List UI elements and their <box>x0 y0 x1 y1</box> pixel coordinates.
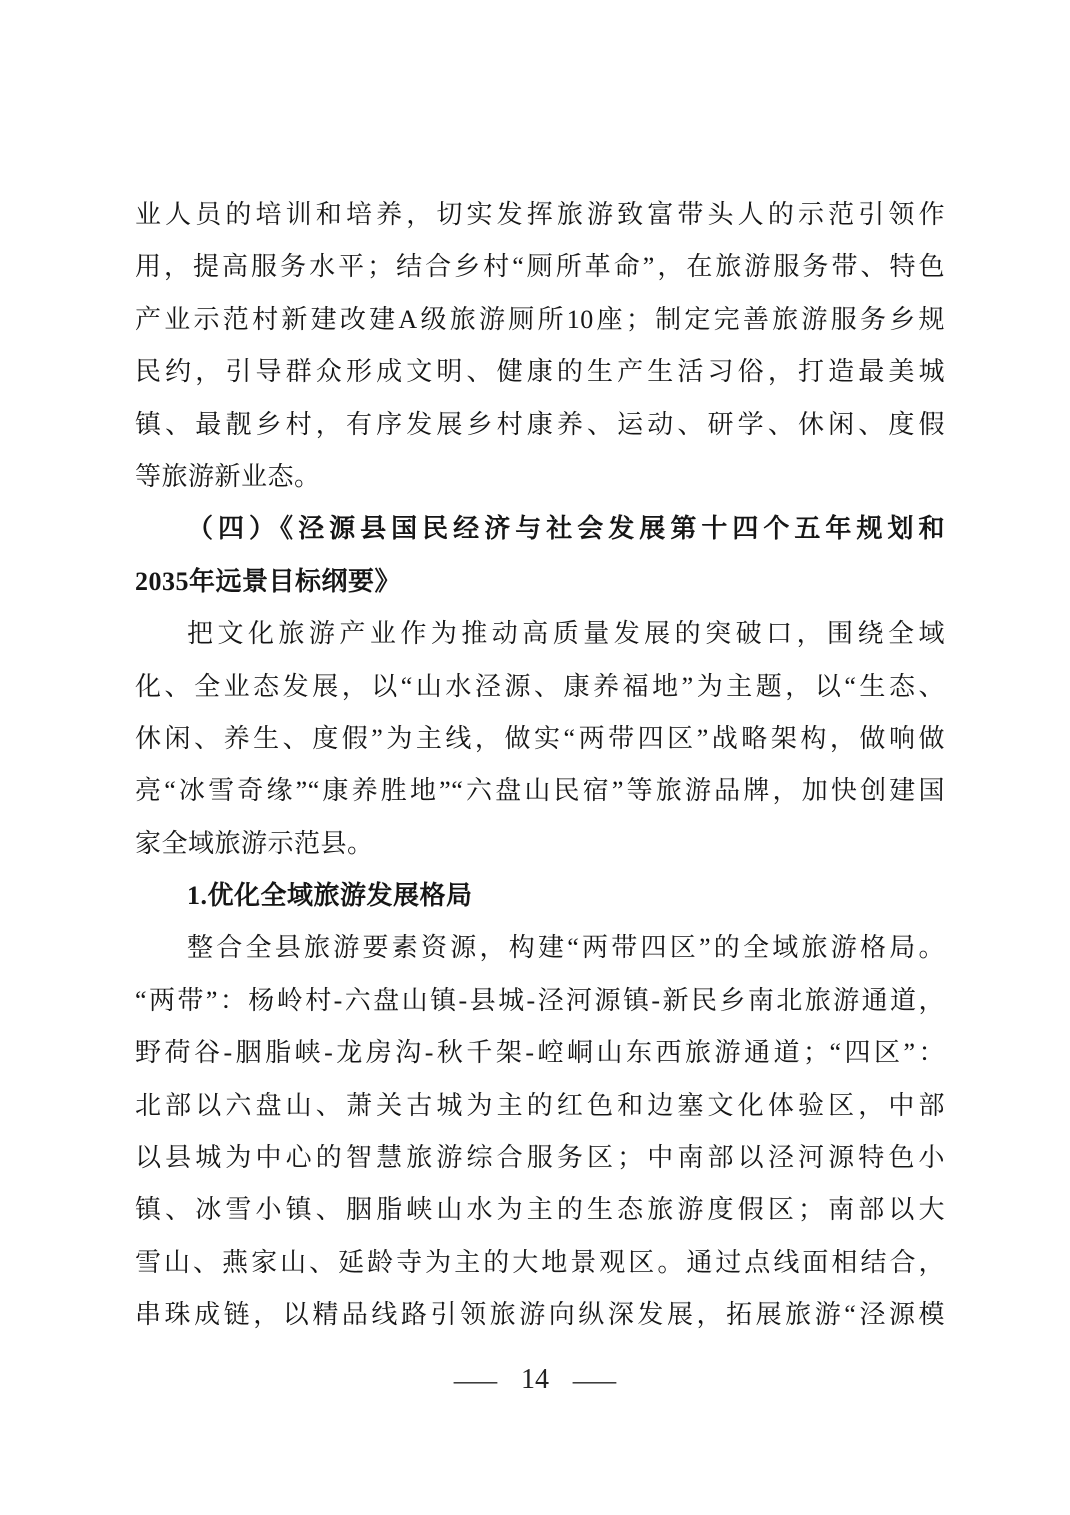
body-line: 亮“冰雪奇缘”“康养胜地”“六盘山民宿”等旅游品牌，加快创建国 <box>135 765 945 817</box>
document-body: 业人员的培训和培养，切实发挥旅游致富带头人的示范引领作用，提高服务水平；结合乡村… <box>135 189 945 1342</box>
body-line: 北部以六盘山、萧关古城为主的红色和边塞文化体验区，中部 <box>135 1080 945 1132</box>
page-footer: — 14 — <box>0 1352 1070 1408</box>
body-line: “两带”：杨岭村-六盘山镇-县城-泾河源镇-新民乡南北旅游通道， <box>135 975 945 1027</box>
body-line: 家全域旅游示范县。 <box>135 818 945 870</box>
footer-dash-right: — <box>573 1365 616 1396</box>
body-line: 产业示范村新建改建A级旅游厕所10座；制定完善旅游服务乡规 <box>135 294 945 346</box>
body-line: 串珠成链，以精品线路引领旅游向纵深发展，拓展旅游“泾源模 <box>135 1289 945 1341</box>
document-page: 业人员的培训和培养，切实发挥旅游致富带头人的示范引领作用，提高服务水平；结合乡村… <box>0 0 1070 1515</box>
subsection-heading-line: 1.优化全域旅游发展格局 <box>135 870 945 922</box>
body-line: 用，提高服务水平；结合乡村“厕所革命”，在旅游服务带、特色 <box>135 241 945 293</box>
body-line: 镇、最靓乡村，有序发展乡村康养、运动、研学、休闲、度假 <box>135 399 945 451</box>
body-line: 化、全业态发展，以“山水泾源、康养福地”为主题，以“生态、 <box>135 661 945 713</box>
body-line: 整合全县旅游要素资源，构建“两带四区”的全域旅游格局。 <box>135 922 945 974</box>
body-line: 民约，引导群众形成文明、健康的生产生活习俗，打造最美城 <box>135 346 945 398</box>
body-line: 把文化旅游产业作为推动高质量发展的突破口，围绕全域 <box>135 608 945 660</box>
body-line: 以县城为中心的智慧旅游综合服务区；中南部以泾河源特色小 <box>135 1132 945 1184</box>
body-line: 等旅游新业态。 <box>135 451 945 503</box>
body-line: 休闲、养生、度假”为主线，做实“两带四区”战略架构，做响做 <box>135 713 945 765</box>
section-heading-line: 2035年远景目标纲要》 <box>135 556 945 608</box>
body-line: 镇、冰雪小镇、胭脂峡山水为主的生态旅游度假区；南部以大 <box>135 1184 945 1236</box>
footer-dash-left: — <box>454 1365 497 1396</box>
body-line: 业人员的培训和培养，切实发挥旅游致富带头人的示范引领作 <box>135 189 945 241</box>
body-line: 雪山、燕家山、延龄寺为主的大地景观区。通过点线面相结合， <box>135 1237 945 1289</box>
body-line: 野荷谷-胭脂峡-龙房沟-秋千架-崆峒山东西旅游通道；“四区”： <box>135 1027 945 1079</box>
section-heading-line: （四）《泾源县国民经济与社会发展第十四个五年规划和 <box>135 503 945 555</box>
page-number: 14 <box>521 1364 549 1396</box>
